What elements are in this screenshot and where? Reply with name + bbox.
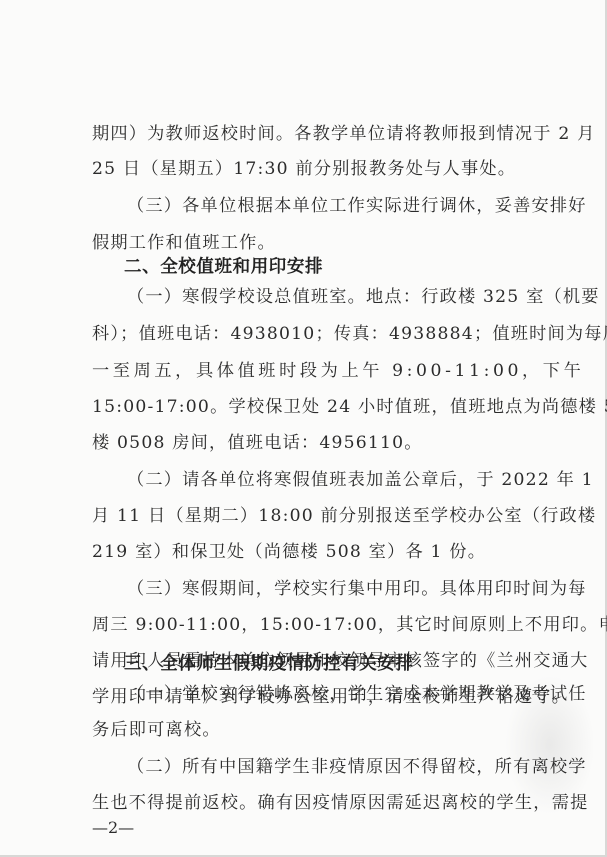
paragraph-line: 周三 9:00-11:00，15:00-17:00，其它时间原则上不用印。申 bbox=[92, 614, 522, 636]
paragraph-line: 25 日（星期五）17:30 前分别报教务处与人事处。 bbox=[92, 158, 522, 180]
paragraph-line: 假期工作和值班工作。 bbox=[92, 232, 522, 254]
paragraph-line: 请用印人员需持本单位领导和校领导审核签字的《兰州交通大 bbox=[92, 650, 522, 672]
paragraph-line: 科）；值班电话：4938010；传真：4938884；值班时间为每周 bbox=[92, 323, 522, 345]
paragraph-line: 15:00-17:00。学校保卫处 24 小时值班，值班地点为尚德楼 5 bbox=[92, 396, 522, 418]
document-page: 期四）为教师返校时间。各教学单位请将教师报到情况于 2 月 25 日（星期五）1… bbox=[0, 0, 607, 857]
paragraph-line: 期四）为教师返校时间。各教学单位请将教师报到情况于 2 月 bbox=[92, 123, 522, 145]
paragraph-line: （三）寒假期间，学校实行集中用印。具体用印时间为每 bbox=[127, 578, 557, 600]
paragraph-line: （一）寒假学校设总值班室。地点：行政楼 325 室（机要 bbox=[127, 286, 557, 308]
paragraph-line: 219 室）和保卫处（尚德楼 508 室）各 1 份。 bbox=[92, 541, 522, 563]
paragraph-line: （二）请各单位将寒假值班表加盖公章后，于 2022 年 1 bbox=[127, 469, 557, 491]
paragraph-line: 楼 0508 房间，值班电话：4956110。 bbox=[92, 432, 522, 454]
paragraph-line: 月 11 日（星期二）18:00 前分别报送至学校办公室（行政楼 bbox=[92, 505, 522, 527]
paragraph-line: （三）各单位根据本单位工作实际进行调休，妥善安排好 bbox=[127, 195, 557, 217]
paragraph-line: 一至周五，具体值班时段为上午 9:00-11:00，下午 bbox=[92, 360, 522, 382]
section-heading-duty-and-seal: 二、全校值班和用印安排 bbox=[124, 256, 323, 278]
paragraph-line: 学用印申请单》到学校办公室用印，请全校师生严格遵守。 bbox=[92, 686, 522, 708]
